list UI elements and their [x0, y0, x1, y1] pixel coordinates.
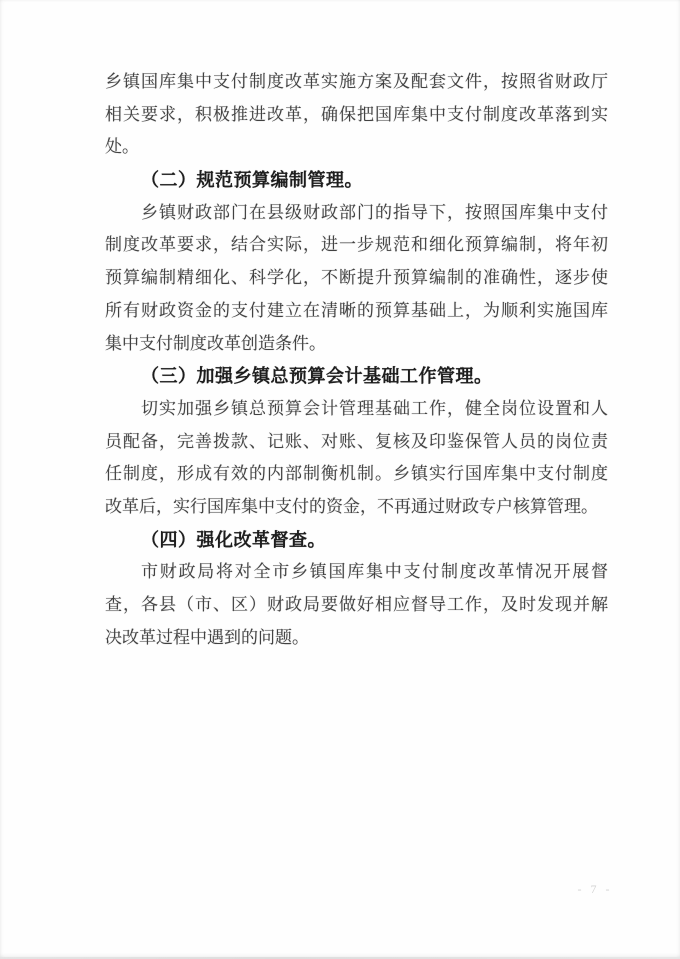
document-line: 所有财政资金的支付建立在清晰的预算基础上，为顺利实施国库 [105, 295, 608, 328]
document-line: 员配备，完善拨款、记账、对账、复核及印鉴保管人员的岗位责 [105, 426, 608, 459]
paragraph: 市财政局将对全市乡镇国库集中支付制度改革情况开展督查，各县（市、区）财政局要做好… [105, 556, 608, 654]
document-line: 乡镇财政部门在县级财政部门的指导下，按照国库集中支付 [105, 197, 608, 230]
section-heading: （四）强化改革督查。 [105, 524, 608, 557]
section-heading: （二）规范预算编制管理。 [105, 164, 608, 197]
paragraph: 乡镇财政部门在县级财政部门的指导下，按照国库集中支付制度改革要求，结合实际，进一… [105, 197, 608, 360]
paragraph: 乡镇国库集中支付制度改革实施方案及配套文件，按照省财政厅相关要求，积极推进改革，… [105, 66, 608, 164]
section-heading: （三）加强乡镇总预算会计基础工作管理。 [105, 360, 608, 393]
scanned-document-page: 乡镇国库集中支付制度改革实施方案及配套文件，按照省财政厅相关要求，积极推进改革，… [0, 0, 680, 959]
document-line: 市财政局将对全市乡镇国库集中支付制度改革情况开展督 [105, 556, 608, 589]
document-line: 决改革过程中遇到的问题。 [105, 622, 608, 655]
document-line: 任制度，形成有效的内部制衡机制。乡镇实行国库集中支付制度 [105, 458, 608, 491]
document-line: 乡镇国库集中支付制度改革实施方案及配套文件，按照省财政厅 [105, 66, 608, 99]
page-number: - 7 - [560, 882, 630, 897]
document-line: 切实加强乡镇总预算会计管理基础工作，健全岗位设置和人 [105, 393, 608, 426]
document-line: 集中支付制度改革创造条件。 [105, 328, 608, 361]
document-line: 预算编制精细化、科学化，不断提升预算编制的准确性，逐步使 [105, 262, 608, 295]
document-line: 处。 [105, 131, 608, 164]
document-line: 查，各县（市、区）财政局要做好相应督导工作，及时发现并解 [105, 589, 608, 622]
paragraph: 切实加强乡镇总预算会计管理基础工作，健全岗位设置和人员配备，完善拨款、记账、对账… [105, 393, 608, 524]
document-line: 改革后，实行国库集中支付的资金，不再通过财政专户核算管理。 [105, 491, 608, 524]
document-body: 乡镇国库集中支付制度改革实施方案及配套文件，按照省财政厅相关要求，积极推进改革，… [105, 66, 608, 654]
document-line: 相关要求，积极推进改革，确保把国库集中支付制度改革落到实 [105, 99, 608, 132]
document-line: 制度改革要求，结合实际，进一步规范和细化预算编制，将年初 [105, 229, 608, 262]
